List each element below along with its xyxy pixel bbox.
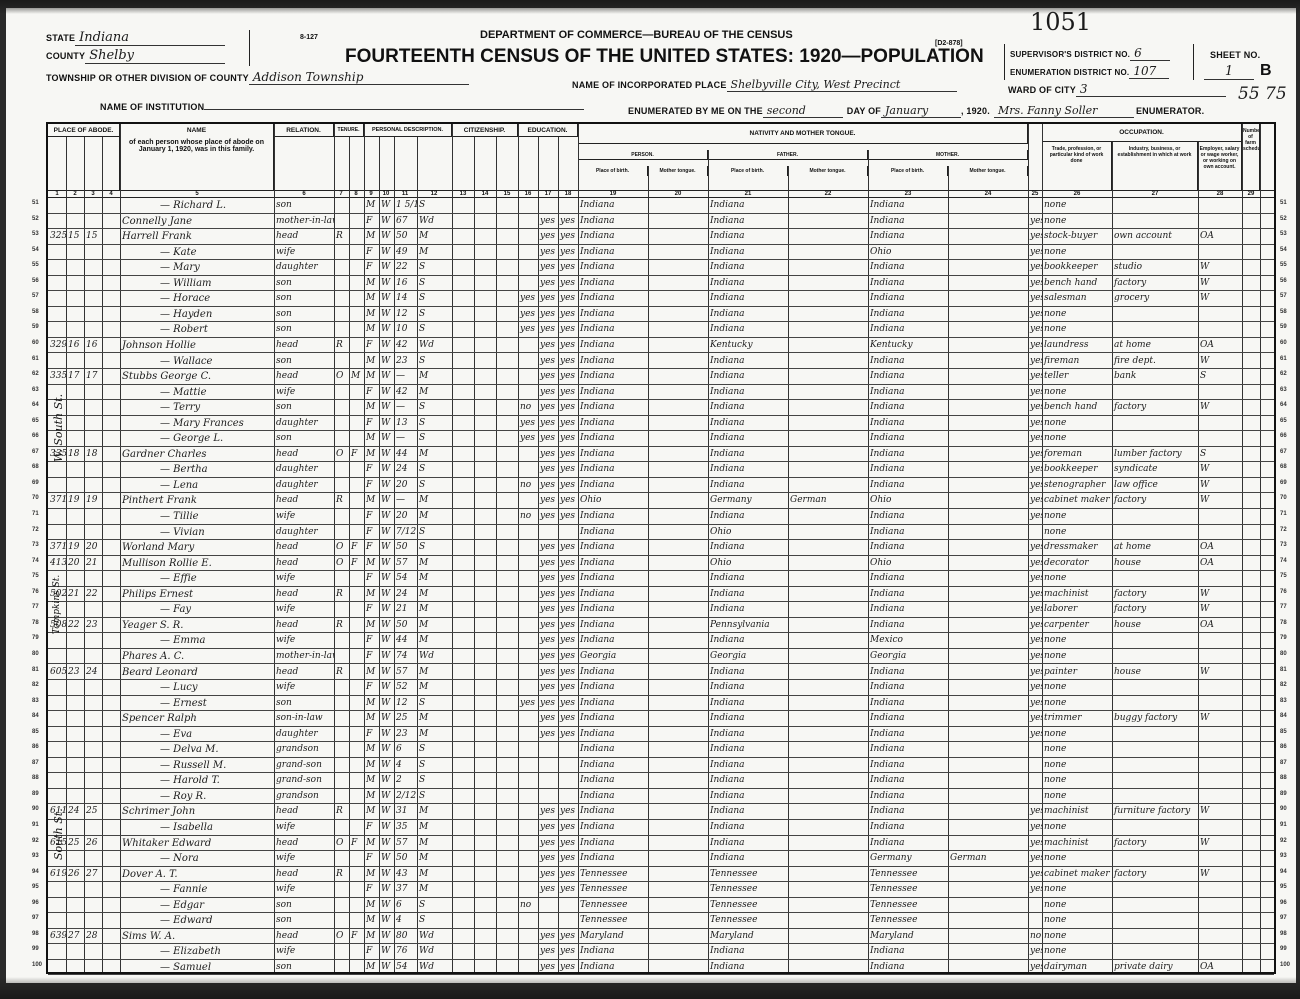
cell-dwelling: 16 (66, 338, 84, 353)
cell-ftongue (788, 587, 868, 602)
line-number: 97 (32, 915, 39, 921)
cell-relation: son (274, 960, 334, 975)
cell-school (518, 556, 538, 571)
column-number: 7 (339, 191, 342, 198)
cell-sex: M (364, 696, 379, 711)
cell-sex: M (364, 867, 379, 882)
cell-school: no (518, 400, 538, 415)
cell-sex: M (364, 711, 379, 726)
line-number: 83 (32, 698, 39, 704)
cell-write: yes (558, 229, 578, 244)
cell-trade: none (1042, 385, 1112, 400)
cell-race: W (379, 944, 394, 959)
cell-tenure (334, 245, 349, 260)
cell-school (518, 276, 538, 291)
cell-dwelling (66, 276, 84, 291)
cell-school (518, 882, 538, 897)
cell-age: 23 (394, 727, 417, 742)
cell-write: yes (558, 836, 578, 851)
cell-relation: head (274, 618, 334, 633)
cell-name: — Vivian (120, 525, 274, 540)
line-number: 87 (1280, 760, 1287, 766)
line-number: 93 (1280, 853, 1287, 859)
cell-house (48, 322, 66, 337)
cell-marital: S (417, 416, 452, 431)
cell-tenure (334, 758, 349, 773)
cell-race: W (379, 245, 394, 260)
cell-english: yes (1028, 307, 1042, 322)
cell-pob: Indiana (578, 307, 648, 322)
cell-read (538, 758, 558, 773)
cell-class: W (1198, 602, 1242, 617)
cell-mtongue (948, 804, 1028, 819)
cell-relation: wife (274, 385, 334, 400)
cell-ftongue (788, 354, 868, 369)
cell-ftongue (788, 867, 868, 882)
cell-family (84, 462, 102, 477)
cell-age: 50 (394, 851, 417, 866)
column-number: 15 (504, 191, 511, 198)
cell-trade: cabinet maker (1042, 867, 1112, 882)
cell-write: yes (558, 354, 578, 369)
cell-write: yes (558, 804, 578, 819)
cell-relation: son (274, 913, 334, 928)
cell-school (518, 680, 538, 695)
cell-house: 639 (48, 929, 66, 944)
supervisor-district-value: 6 (1130, 46, 1170, 61)
cell-marital: M (417, 385, 452, 400)
cell-house (48, 696, 66, 711)
cell-pob: Indiana (578, 525, 648, 540)
cell-trade: dairyman (1042, 960, 1112, 975)
cell-read: yes (538, 245, 558, 260)
cell-trade: none (1042, 882, 1112, 897)
cell-write: yes (558, 260, 578, 275)
cell-read: yes (538, 602, 558, 617)
cell-tenure (334, 633, 349, 648)
cell-fpob: Tennessee (708, 867, 788, 882)
cell-tenure (334, 898, 349, 913)
cell-read: yes (538, 447, 558, 462)
cell-name: — Emma (120, 633, 274, 648)
table-row: — ViviandaughterFW7/12SIndianaOhioIndian… (48, 525, 1274, 541)
cell-pob: Indiana (578, 789, 648, 804)
cell-fpob: Indiana (708, 944, 788, 959)
cell-school (518, 260, 538, 275)
cell-pob: Indiana (578, 773, 648, 788)
cell-age: 6 (394, 898, 417, 913)
cell-mort (349, 851, 364, 866)
cell-mort (349, 571, 364, 586)
cell-school (518, 571, 538, 586)
cell-mort (349, 245, 364, 260)
cell-tenure (334, 649, 349, 664)
cell-tenure (334, 602, 349, 617)
header-citizenship: CITIZENSHIP. (452, 124, 518, 137)
enumeration-date-field: ENUMERATED BY ME ON THE second DAY OF Ja… (628, 104, 1204, 118)
cell-pob: Indiana (578, 198, 648, 213)
cell-race: W (379, 820, 394, 835)
cell-pob: Indiana (578, 944, 648, 959)
cell-trade: fireman (1042, 354, 1112, 369)
cell-english (1028, 758, 1042, 773)
cell-write: yes (558, 944, 578, 959)
enumerator-name: Mrs. Fanny Soller (994, 104, 1134, 118)
cell-house (48, 633, 66, 648)
cell-relation: son (274, 198, 334, 213)
cell-mtongue (948, 462, 1028, 477)
cell-pob: Indiana (578, 416, 648, 431)
cell-family (84, 478, 102, 493)
cell-write: yes (558, 509, 578, 524)
cell-trade: none (1042, 633, 1112, 648)
cell-pob: Maryland (578, 929, 648, 944)
cell-marital: S (417, 898, 452, 913)
cell-dwelling (66, 944, 84, 959)
cell-house: 605 (48, 665, 66, 680)
cell-relation: head (274, 587, 334, 602)
cell-name: — Hayden (120, 307, 274, 322)
cell-relation: son (274, 400, 334, 415)
cell-family: 28 (84, 929, 102, 944)
cell-english: yes (1028, 820, 1042, 835)
cell-ftongue (788, 618, 868, 633)
cell-mort (349, 867, 364, 882)
cell-mpob: Indiana (868, 758, 948, 773)
cell-industry (1112, 571, 1198, 586)
cell-pob: Indiana (578, 696, 648, 711)
cell-name: — Fannie (120, 882, 274, 897)
cell-trade: none (1042, 245, 1112, 260)
cell-fpob: Indiana (708, 509, 788, 524)
cell-school (518, 245, 538, 260)
cell-read: yes (538, 696, 558, 711)
cell-house (48, 727, 66, 742)
cell-ftongue (788, 836, 868, 851)
cell-read: yes (538, 354, 558, 369)
cell-age: 57 (394, 556, 417, 571)
cell-pob: Indiana (578, 431, 648, 446)
cell-class (1198, 198, 1242, 213)
cell-house (48, 198, 66, 213)
sheet-side: B (1260, 62, 1272, 80)
cell-age: 4 (394, 758, 417, 773)
cell-trade: none (1042, 929, 1112, 944)
cell-race: W (379, 665, 394, 680)
cell-english: yes (1028, 867, 1042, 882)
cell-english (1028, 525, 1042, 540)
cell-relation: head (274, 836, 334, 851)
cell-mtongue (948, 680, 1028, 695)
cell-read: yes (538, 307, 558, 322)
column-number: 3 (91, 191, 94, 198)
cell-industry: private dairy (1112, 960, 1198, 975)
cell-english: yes (1028, 214, 1042, 229)
table-row: — EvadaughterFW23MyesyesIndianaIndianaIn… (48, 727, 1274, 743)
enumeration-district-value: 107 (1129, 64, 1169, 79)
cell-race: W (379, 804, 394, 819)
cell-read: yes (538, 804, 558, 819)
cell-dwelling (66, 416, 84, 431)
table-row: 6112425Schrimer JohnheadRMW31MyesyesIndi… (48, 804, 1274, 820)
cell-dwelling (66, 478, 84, 493)
cell-race: W (379, 649, 394, 664)
cell-dwelling: 19 (66, 540, 84, 555)
cell-name: — Lucy (120, 680, 274, 695)
cell-pob: Indiana (578, 960, 648, 975)
cell-sex: M (364, 307, 379, 322)
cell-name: — William (120, 276, 274, 291)
cell-race: W (379, 369, 394, 384)
cell-class (1198, 680, 1242, 695)
county-field: COUNTY Shelby (46, 48, 225, 64)
cell-age: 74 (394, 649, 417, 664)
cell-name: Spencer Ralph (120, 711, 274, 726)
cell-industry (1112, 509, 1198, 524)
cell-marital: S (417, 291, 452, 306)
cell-mpob: Indiana (868, 836, 948, 851)
cell-trade: machinist (1042, 587, 1112, 602)
cell-read: yes (538, 727, 558, 742)
cell-dwelling: 20 (66, 556, 84, 571)
cell-trade: trimmer (1042, 711, 1112, 726)
cell-trade: none (1042, 696, 1112, 711)
line-number: 65 (1280, 418, 1287, 424)
cell-pob: Indiana (578, 229, 648, 244)
cell-mpob: Indiana (868, 618, 948, 633)
cell-mpob: Kentucky (868, 338, 948, 353)
line-number: 97 (1280, 915, 1287, 921)
cell-industry (1112, 525, 1198, 540)
cell-house (48, 276, 66, 291)
cell-ftongue (788, 633, 868, 648)
header-occupation: OCCUPATION. (1042, 124, 1242, 142)
cell-mtongue (948, 431, 1028, 446)
cell-trade: none (1042, 416, 1112, 431)
table-row: 3351818Gardner CharlesheadOFMW44MyesyesI… (48, 447, 1274, 463)
cell-name: — Lena (120, 478, 274, 493)
cell-mtongue (948, 245, 1028, 260)
cell-age: 25 (394, 711, 417, 726)
cell-age: 35 (394, 820, 417, 835)
table-row: — HoracesonMW14SyesyesyesIndianaIndianaI… (48, 291, 1274, 307)
cell-pob: Indiana (578, 556, 648, 571)
cell-english: yes (1028, 836, 1042, 851)
cell-industry (1112, 385, 1198, 400)
cell-family (84, 944, 102, 959)
line-number: 53 (1280, 231, 1287, 237)
cell-fpob: Indiana (708, 354, 788, 369)
cell-race: W (379, 571, 394, 586)
cell-house (48, 291, 66, 306)
cell-english: yes (1028, 851, 1042, 866)
cell-mort (349, 618, 364, 633)
cell-family: 17 (84, 369, 102, 384)
cell-trade: none (1042, 898, 1112, 913)
cell-ftongue (788, 944, 868, 959)
cell-read: yes (538, 431, 558, 446)
cell-school (518, 836, 538, 851)
cell-industry: factory (1112, 276, 1198, 291)
cell-industry: own account (1112, 229, 1198, 244)
cell-class: W (1198, 462, 1242, 477)
cell-trade: none (1042, 431, 1112, 446)
cell-relation: wife (274, 571, 334, 586)
cell-english: yes (1028, 556, 1042, 571)
cell-family (84, 727, 102, 742)
table-row: — Delva M.grandsonMW6SIndianaIndianaIndi… (48, 742, 1274, 758)
cell-family (84, 198, 102, 213)
cell-ftongue (788, 462, 868, 477)
line-number: 73 (32, 542, 39, 548)
cell-ftongue (788, 385, 868, 400)
cell-fpob: Indiana (708, 571, 788, 586)
cell-mort (349, 493, 364, 508)
state-value: Indiana (75, 30, 225, 46)
cell-fpob: Kentucky (708, 338, 788, 353)
table-row: — ElizabethwifeFW76WdyesyesIndianaIndian… (48, 944, 1274, 960)
cell-class: OA (1198, 229, 1242, 244)
cell-ftongue (788, 322, 868, 337)
column-number: 16 (525, 191, 532, 198)
line-number: 67 (32, 449, 39, 455)
cell-age: 24 (394, 587, 417, 602)
cell-read: yes (538, 260, 558, 275)
cell-age: 16 (394, 276, 417, 291)
line-number: 91 (32, 822, 39, 828)
cell-dwelling (66, 431, 84, 446)
cell-read: yes (538, 649, 558, 664)
cell-sex: F (364, 478, 379, 493)
cell-age: 37 (394, 882, 417, 897)
line-number: 80 (32, 651, 39, 657)
column-number: 29 (1248, 191, 1255, 198)
cell-read: yes (538, 851, 558, 866)
cell-family (84, 680, 102, 695)
cell-industry: factory (1112, 587, 1198, 602)
cell-class: S (1198, 447, 1242, 462)
cell-name: — Wallace (120, 354, 274, 369)
cell-fpob: Indiana (708, 587, 788, 602)
table-row: — Richard L.sonMW1 5/12SIndianaIndianaIn… (48, 198, 1274, 214)
census-table: PLACE OF ABODE. NAME of each person whos… (46, 122, 1276, 974)
cell-read (538, 789, 558, 804)
cell-school: yes (518, 431, 538, 446)
cell-relation: head (274, 867, 334, 882)
cell-english: yes (1028, 680, 1042, 695)
cell-fpob: Indiana (708, 665, 788, 680)
line-number: 75 (1280, 573, 1287, 579)
cell-tenure (334, 291, 349, 306)
table-row: — EdgarsonMW6SnoTennesseeTennesseeTennes… (48, 898, 1274, 914)
cell-mpob: Indiana (868, 571, 948, 586)
column-number: 28 (1217, 191, 1224, 198)
cell-school (518, 525, 538, 540)
cell-name: Worland Mary (120, 540, 274, 555)
cell-mort: F (349, 540, 364, 555)
table-row: — LucywifeFW52MyesyesIndianaIndianaIndia… (48, 680, 1274, 696)
cell-class: W (1198, 478, 1242, 493)
cell-pob: Tennessee (578, 913, 648, 928)
cell-sex: M (364, 322, 379, 337)
cell-mtongue (948, 478, 1028, 493)
cell-english: yes (1028, 291, 1042, 306)
line-number: 63 (32, 387, 39, 393)
cell-industry (1112, 913, 1198, 928)
cell-mpob: Indiana (868, 804, 948, 819)
cell-marital: S (417, 773, 452, 788)
cell-ftongue (788, 525, 868, 540)
cell-mpob: Indiana (868, 773, 948, 788)
line-number: 76 (1280, 589, 1287, 595)
cell-trade: bookkeeper (1042, 260, 1112, 275)
line-number: 89 (1280, 791, 1287, 797)
cell-english: yes (1028, 369, 1042, 384)
cell-dwelling: 17 (66, 369, 84, 384)
cell-trade: none (1042, 509, 1112, 524)
cell-industry (1112, 696, 1198, 711)
column-number: 12 (431, 191, 438, 198)
cell-house (48, 307, 66, 322)
cell-marital: S (417, 354, 452, 369)
cell-tenure (334, 385, 349, 400)
line-number: 54 (32, 247, 39, 253)
cell-relation: wife (274, 944, 334, 959)
cell-dwelling: 25 (66, 836, 84, 851)
cell-school (518, 913, 538, 928)
cell-fpob: Tennessee (708, 882, 788, 897)
header-father-tongue: Mother tongue. (788, 166, 868, 176)
cell-family (84, 913, 102, 928)
line-number: 74 (32, 558, 39, 564)
cell-name: — Mattie (120, 385, 274, 400)
cell-sex: M (364, 587, 379, 602)
cell-read: yes (538, 960, 558, 975)
cell-ftongue (788, 431, 868, 446)
cell-english: yes (1028, 478, 1042, 493)
cell-race: W (379, 867, 394, 882)
table-row: 4132021Mullison Rollie E.headOFMW57Myesy… (48, 556, 1274, 572)
cell-fpob: Indiana (708, 804, 788, 819)
cell-race: W (379, 493, 394, 508)
cell-tenure (334, 851, 349, 866)
cell-mpob: Mexico (868, 633, 948, 648)
cell-english: yes (1028, 509, 1042, 524)
cell-mtongue (948, 369, 1028, 384)
cell-industry: law office (1112, 478, 1198, 493)
cell-ftongue (788, 447, 868, 462)
cell-race: W (379, 525, 394, 540)
cell-mort (349, 665, 364, 680)
line-number: 98 (1280, 931, 1287, 937)
cell-school (518, 851, 538, 866)
cell-family (84, 260, 102, 275)
cell-school (518, 618, 538, 633)
cell-ftongue (788, 960, 868, 975)
cell-write: yes (558, 649, 578, 664)
cell-mtongue (948, 260, 1028, 275)
scan-edge-bottom (0, 977, 1300, 999)
cell-english: yes (1028, 447, 1042, 462)
cell-class: W (1198, 400, 1242, 415)
cell-write: yes (558, 960, 578, 975)
cell-english: yes (1028, 385, 1042, 400)
cell-relation: son (274, 696, 334, 711)
cell-relation: son (274, 354, 334, 369)
cell-industry: house (1112, 618, 1198, 633)
cell-read: yes (538, 571, 558, 586)
cell-sex: F (364, 525, 379, 540)
